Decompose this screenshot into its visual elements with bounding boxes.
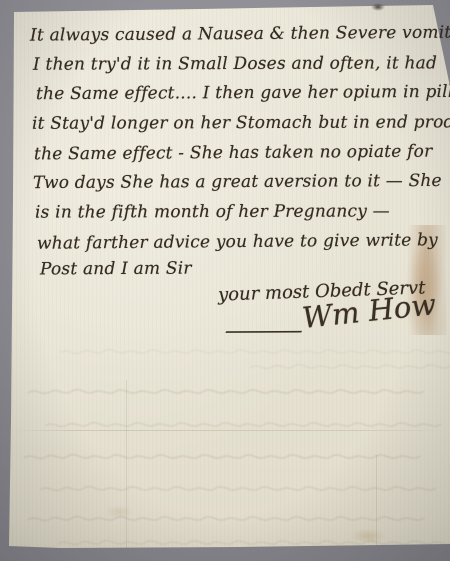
stain-bottom-edge [350, 528, 386, 544]
letter-line-4: it Stay'd longer on her Stomach but in e… [32, 112, 450, 134]
letter-line-9: Post and I am Sir [40, 259, 192, 280]
stain-bottom-left [104, 505, 134, 519]
letter-line-2: I then try'd it in Small Doses and often… [33, 53, 437, 74]
scanned-letter-page: { "page": { "kind": "scanned handwritten… [0, 0, 450, 561]
vertical-fold-crease-left [126, 380, 127, 548]
letter-line-7: is in the fifth month of her Pregnancy — [35, 201, 390, 222]
signature-dash-stroke: — [221, 316, 306, 346]
letter-line-3: the Same effect.... I then gave her opiu… [36, 82, 450, 104]
horizontal-fold-crease [14, 430, 444, 431]
letter-line-5: the Same effect - She has taken no opiat… [34, 142, 433, 165]
letter-line-6: Two days She has a great aversion to it … [33, 171, 442, 193]
ink-spot-top-edge [371, 3, 385, 11]
letter-line-1: It always caused a Nausea & then Severe … [30, 22, 450, 45]
letter-line-8: what farther advice you have to give wri… [37, 230, 438, 253]
